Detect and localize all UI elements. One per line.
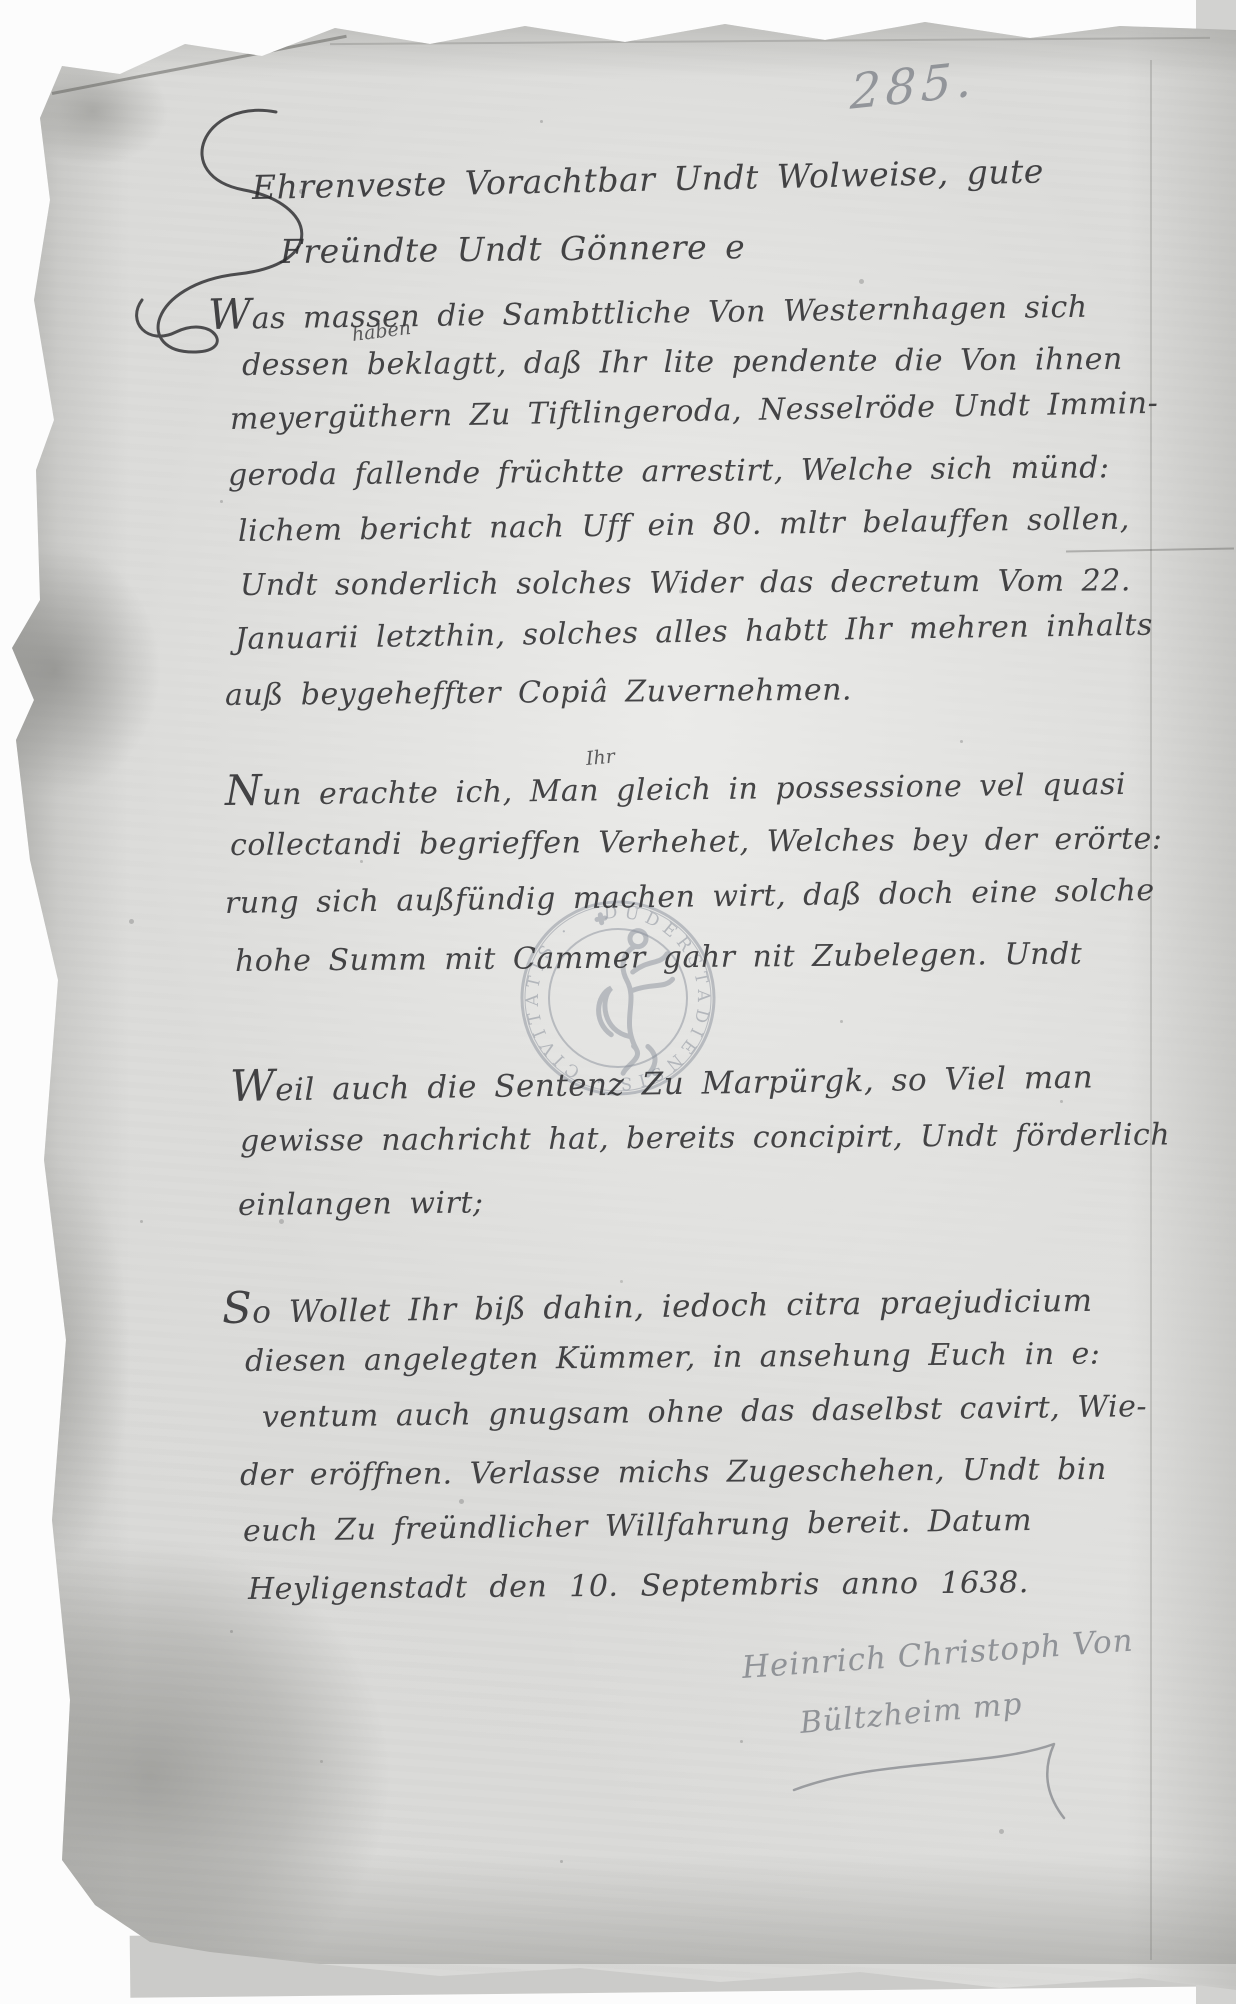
manuscript-line-12: collectandi begrieffen Verhehet, Welches…	[230, 821, 1163, 863]
manuscript-line-6: geroda fallende früchtte arrestirt, Welc…	[228, 450, 1110, 493]
manuscript-line-16: gewisse nachricht hat, bereits concipirt…	[240, 1118, 1170, 1159]
handwriting-layer: Ehrenveste Vorachtbar Undt Wolweise, gut…	[0, 0, 1236, 2004]
manuscript-line-15: Weil auch die Sentenz Zu Marpürgk, so Vi…	[230, 1048, 1094, 1112]
manuscript-line-4: dessen beklagtt, daß Ihr lite pendente d…	[242, 342, 1123, 383]
manuscript-line-1: Ehrenveste Vorachtbar Undt Wolweise, gut…	[252, 151, 1045, 207]
manuscript-line-18: So Wollet Ihr biß dahin, iedoch citra pr…	[222, 1272, 1093, 1334]
manuscript-line-5: meyergüthern Zu Tiftlingeroda, Nesselröd…	[230, 386, 1159, 437]
manuscript-line-20: ventum auch gnugsam ohne das daselbst ca…	[262, 1389, 1147, 1435]
signature-flourish	[788, 1732, 1078, 1822]
manuscript-line-19: diesen angelegten Kümmer, in ansehung Eu…	[245, 1337, 1101, 1379]
manuscript-line-10: auß beygeheffter Copiâ Zuvernehmen.	[225, 673, 852, 713]
manuscript-line-8: Undt sonderlich solches Wider das decret…	[240, 563, 1131, 603]
scanned-manuscript-page: { "page": { "folio_number": "285.", "kin…	[0, 0, 1236, 2004]
manuscript-line-3: Was massen die Sambttliche Von Westernha…	[208, 278, 1088, 339]
manuscript-line-13: rung sich außfündig machen wirt, daß doc…	[225, 873, 1155, 921]
manuscript-line-9: Januarii letzthin, solches alles habtt I…	[235, 608, 1153, 657]
manuscript-line-21: der eröffnen. Verlasse michs Zugeschehen…	[240, 1452, 1107, 1493]
manuscript-line-14: hohe Summ mit Cammer gahr nit Zubelegen.…	[235, 937, 1083, 979]
manuscript-line-7: lichem bericht nach Uff ein 80. mltr bel…	[238, 502, 1130, 549]
manuscript-line-22: euch Zu freündlicher Willfahrung bereit.…	[243, 1503, 1033, 1549]
manuscript-line-2: Freündte Undt Gönnere e	[280, 227, 746, 271]
manuscript-paper: DUDERSTADIENSIS · CIVITATIS · Ehrenveste…	[0, 0, 1236, 2004]
manuscript-line-17: einlangen wirt;	[238, 1185, 484, 1223]
scan-stage: DUDERSTADIENSIS · CIVITATIS · Ehrenveste…	[0, 0, 1236, 2004]
manuscript-line-23: Heyligenstadt den 10. Septembris anno 16…	[248, 1565, 1029, 1607]
interlinear-insertion-ihr: Ihr	[585, 746, 616, 770]
manuscript-line-11: Nun erachte ich, Man gleich in possessio…	[225, 755, 1127, 815]
